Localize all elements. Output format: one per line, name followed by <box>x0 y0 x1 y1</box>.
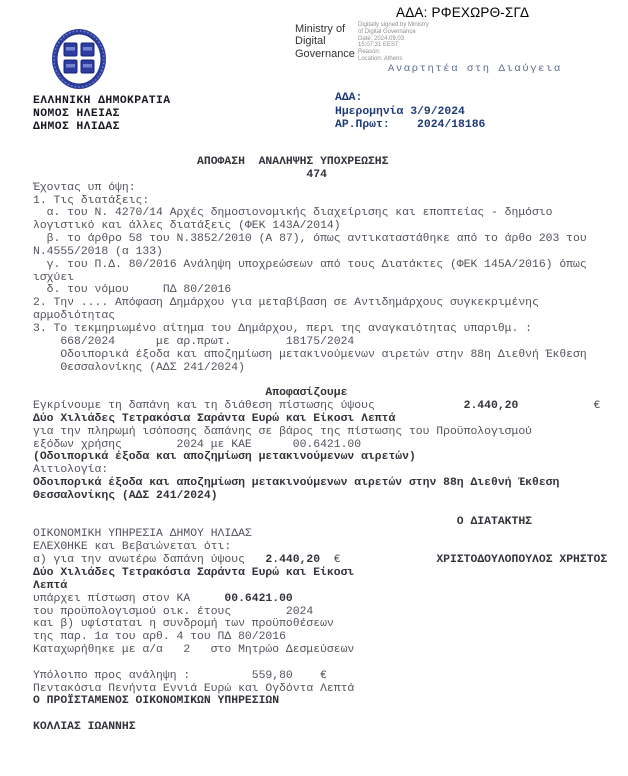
doc-line: Οδοιπορικά έξοδα και αποζημίωση μετακινο… <box>33 349 625 362</box>
doc-line: Πεντακόσια Πενήντα Εννιά Ευρώ και Ογδόντ… <box>33 683 625 696</box>
doc-line: ΚΟΛΛΙΑΣ ΙΩΑΝΝΗΣ <box>33 721 625 734</box>
doc-line: Έχοντας υπ όψη: <box>33 182 625 195</box>
meta-line: ΑΔΑ: <box>335 92 485 106</box>
document-meta-block: ΑΔΑ:Ημερομηνία 3/9/2024ΑΡ.Πρωτ: 2024/181… <box>335 92 485 133</box>
doc-line: ισχύει <box>33 272 625 285</box>
meta-line: ΑΡ.Πρωτ: 2024/18186 <box>335 119 485 133</box>
doc-line: Θεσσαλονίκης (ΑΔΣ 241/2024) <box>33 490 625 503</box>
organization-line: ΔΗΜΟΣ ΗΛΙΔΑΣ <box>33 121 170 134</box>
ministry-signature-label: Ministry ofDigitalGovernance <box>295 23 355 60</box>
doc-line: ΑΠΟΦΑΣΗ ΑΝΑΛΗΨΗΣ ΥΠΟΧΡΕΩΣΗΣ <box>33 156 625 169</box>
doc-line: Δύο Χιλιάδες Τετρακόσια Σαράντα Ευρώ και… <box>33 567 625 580</box>
doc-line: υπάρχει πίστωση στον ΚΑ 00.6421.00 <box>33 593 625 606</box>
ada-code-title: ΑΔΑ: ΡΦΕΧΩΡΘ-ΣΓΔ <box>396 5 529 20</box>
signature-detail-line: Reason: <box>358 49 429 56</box>
signature-detail-line: 15:07:31 EEST <box>358 42 429 49</box>
doc-line: 668/2024 με αρ.πρωτ. 18175/2024 <box>33 336 625 349</box>
doc-line: ΕΛΕΧΘΗΚΕ και Βεβαιώνεται ότι: <box>33 541 625 554</box>
doc-line: της παρ. 1α του αρθ. 4 του ΠΔ 80/2016 <box>33 631 625 644</box>
greek-coat-of-arms-icon <box>50 27 108 91</box>
doc-line: λογιστικό και άλλες διατάξεις (ΦΕΚ 143Α/… <box>33 220 625 233</box>
doc-line: δ. του νόμου ΠΔ 80/2016 <box>33 284 625 297</box>
doc-line: Καταχωρήθηκε με α/α 2 στο Μητρώο Δεσμεύσ… <box>33 644 625 657</box>
signature-detail-line: Location: Athens <box>358 56 429 63</box>
document-page: ΑΔΑ: ΡΦΕΧΩΡΘ-ΣΓΔ Ministry ofDigitalGover… <box>0 0 628 776</box>
doc-line <box>33 657 625 670</box>
doc-line: 1. Τις διατάξεις: <box>33 195 625 208</box>
doc-line: α) για την ανωτέρω δαπάνη ύψους 2.440,20… <box>33 554 625 567</box>
digital-signature-details: Digitally signed by Ministryof Digital G… <box>358 22 429 63</box>
document-body: ΑΠΟΦΑΣΗ ΑΝΑΛΗΨΗΣ ΥΠΟΧΡΕΩΣΗΣ 474Έχοντας υ… <box>33 156 625 734</box>
ministry-line: Governance <box>295 48 355 60</box>
doc-line: του προϋπολογισμού οικ. έτους 2024 <box>33 606 625 619</box>
doc-line: β. το άρθρο 58 του Ν.3852/2010 (Α 87), ό… <box>33 233 625 246</box>
ministry-line: Ministry of <box>295 23 355 35</box>
doc-line: για την πληρωμή ισόποσης δαπάνης σε βάρο… <box>33 426 625 439</box>
meta-line: Ημερομηνία 3/9/2024 <box>335 106 485 120</box>
organization-block: ΕΛΛΗΝΙΚΗ ΔΗΜΟΚΡΑΤΙΑΝΟΜΟΣ ΗΛΕΙΑΣΔΗΜΟΣ ΗΛΙ… <box>33 95 170 135</box>
doc-line <box>33 374 625 387</box>
doc-line: γ. του Π.Δ. 80/2016 Ανάληψη υποχρεώσεων … <box>33 259 625 272</box>
organization-line: ΝΟΜΟΣ ΗΛΕΙΑΣ <box>33 108 170 121</box>
doc-line <box>33 503 625 516</box>
organization-line: ΕΛΛΗΝΙΚΗ ΔΗΜΟΚΡΑΤΙΑ <box>33 95 170 108</box>
ministry-line: Digital <box>295 35 355 47</box>
doc-line: 2. Την .... Απόφαση Δημάρχου για μεταβίβ… <box>33 297 625 310</box>
doc-line: 474 <box>33 169 625 182</box>
doc-line: α. του Ν. 4270/14 Αρχές δημοσιονομικής δ… <box>33 207 625 220</box>
signature-detail-line: Date: 2024.09.03 <box>358 36 429 43</box>
doc-line: 3. Το τεκμηριωμένο αίτημα του Δημάρχου, … <box>33 323 625 336</box>
doc-line: Θεσσαλονίκης (ΑΔΣ 241/2024) <box>33 362 625 375</box>
doc-line: Δύο Χιλιάδες Τετρακόσια Σαράντα Ευρώ και… <box>33 413 625 426</box>
doc-line: εξόδων χρήσης 2024 με ΚΑΕ 00.6421.00 <box>33 439 625 452</box>
doc-line: Ο ΔΙΑΤΑΚΤΗΣ <box>33 516 625 529</box>
doc-line <box>33 708 625 721</box>
doc-line: (Οδοιπορικά έξοδα και αποζημίωση μετακιν… <box>33 451 625 464</box>
doc-line: αρμοδιότητας <box>33 310 625 323</box>
doc-line: Οδοιπορικά έξοδα και αποζημίωση μετακινο… <box>33 477 625 490</box>
doc-line: Αιτιολογία: <box>33 464 625 477</box>
posted-on-diavgeia-note: Αναρτητέα στη Διαύγεια <box>388 63 562 75</box>
doc-line: Υπόλοιπο προς ανάληψη : 559,80 € <box>33 670 625 683</box>
doc-line: Λεπτά <box>33 580 625 593</box>
doc-line: Εγκρίνουμε τη δαπάνη και τη διάθεση πίστ… <box>33 400 625 413</box>
doc-line: και β) υφίσταται η συνδρομή των προϋποθέ… <box>33 618 625 631</box>
signature-detail-line: Digitally signed by Ministry <box>358 22 429 29</box>
doc-line: Αποφασίζουμε <box>33 387 625 400</box>
doc-line: ΟΙΚΟΝΟΜΙΚΗ ΥΠΗΡΕΣΙΑ ΔΗΜΟΥ ΗΛΙΔΑΣ <box>33 528 625 541</box>
doc-line: Ν.4555/2018 (α 133) <box>33 246 625 259</box>
signature-detail-line: of Digital Governance <box>358 29 429 36</box>
doc-line: Ο ΠΡΟΪΣΤΑΜΕΝΟΣ ΟΙΚΟΝΟΜΙΚΩΝ ΥΠΗΡΕΣΙΩΝ <box>33 695 625 708</box>
